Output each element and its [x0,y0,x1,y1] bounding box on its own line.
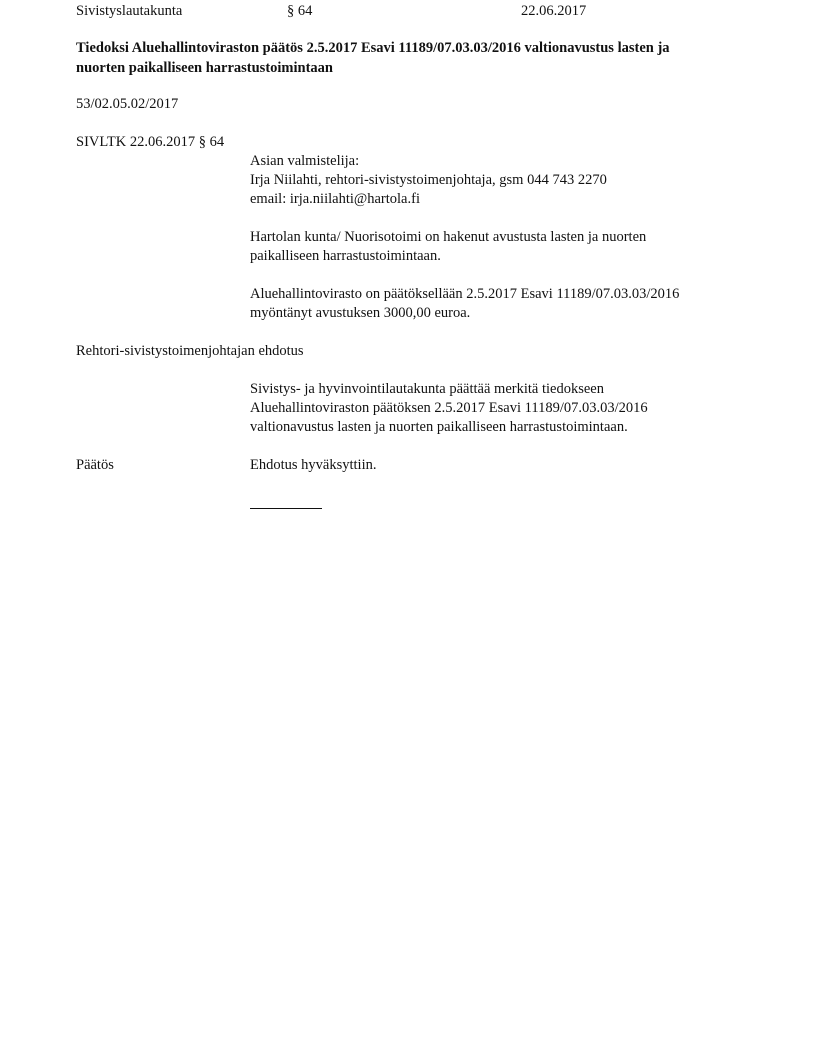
paragraph-line: Hartolan kunta/ Nuorisotoimi on hakenut … [250,228,646,247]
paragraph-line: paikalliseen harrastustoimintaan. [250,247,646,266]
document-title: Tiedoksi Aluehallintoviraston päätös 2.5… [76,39,756,78]
end-separator-line [250,508,322,509]
meeting-date: 22.06.2017 [521,2,586,21]
preparer-label: Asian valmistelija: [250,152,607,171]
paragraph-line: myöntänyt avustuksen 3000,00 euroa. [250,304,679,323]
preparer-block: Asian valmistelija: Irja Niilahti, rehto… [250,152,607,209]
committee-name: Sivistyslautakunta [76,2,182,21]
decision-text: Ehdotus hyväksyttiin. [250,456,376,475]
title-line: nuorten paikalliseen harrastustoimintaan [76,59,756,79]
proposal-text: Sivistys- ja hyvinvointilautakunta päätt… [250,380,648,437]
proposal-line: Sivistys- ja hyvinvointilautakunta päätt… [250,380,648,399]
session-reference: SIVLTK 22.06.2017 § 64 [76,133,224,152]
reference-number: 53/02.05.02/2017 [76,95,178,114]
preparer-name: Irja Niilahti, rehtori-sivistystoimenjoh… [250,171,607,190]
proposal-line: Aluehallintoviraston päätöksen 2.5.2017 … [250,399,648,418]
title-line: Tiedoksi Aluehallintoviraston päätös 2.5… [76,39,756,59]
body-paragraph-2: Aluehallintovirasto on päätöksellään 2.5… [250,285,679,323]
decision-label: Päätös [76,456,114,475]
body-paragraph-1: Hartolan kunta/ Nuorisotoimi on hakenut … [250,228,646,266]
proposal-line: valtionavustus lasten ja nuorten paikall… [250,418,648,437]
preparer-email: email: irja.niilahti@hartola.fi [250,190,607,209]
proposal-label: Rehtori-sivistystoimenjohtajan ehdotus [76,342,304,361]
paragraph-line: Aluehallintovirasto on päätöksellään 2.5… [250,285,679,304]
section-number: § 64 [287,2,312,21]
